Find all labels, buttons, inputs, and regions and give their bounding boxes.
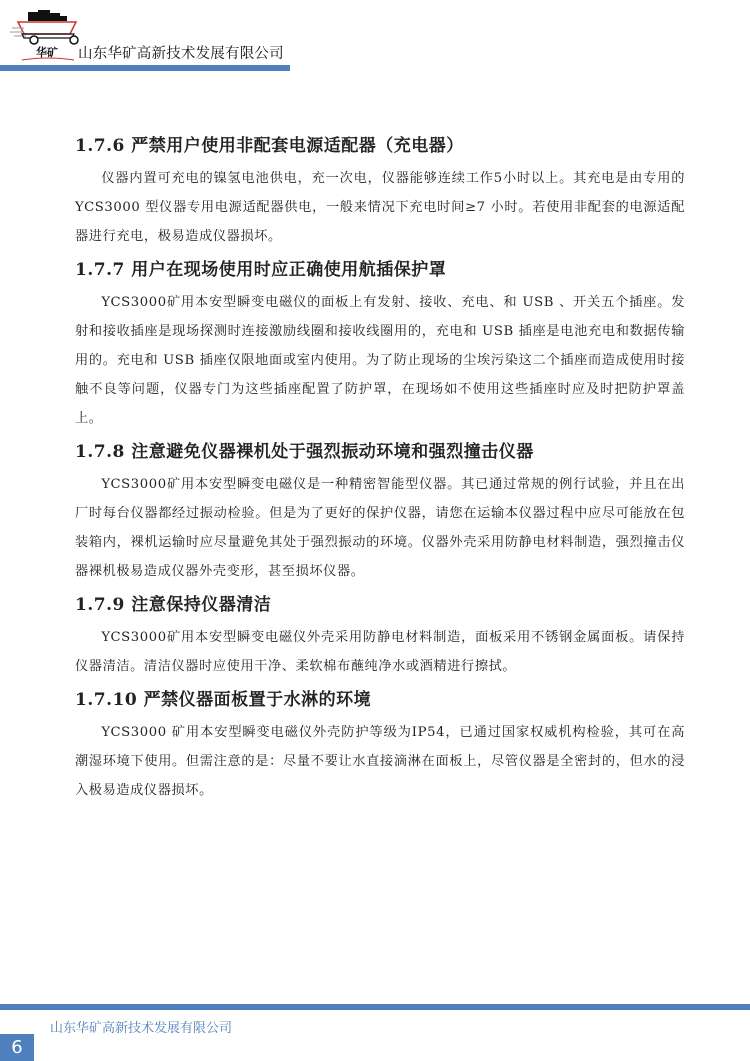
section-title: 1.7.8 注意避免仪器裸机处于强烈振动环境和强烈撞击仪器 (75, 437, 685, 470)
document-body: 1.7.6 严禁用户使用非配套电源适配器（充电器） 仪器内置可充电的镍氢电池供电… (75, 131, 685, 809)
section-paragraph: YCS3000 矿用本安型瞬变电磁仪外壳防护等级为IP54，已通过国家权威机构检… (75, 718, 685, 805)
header-accent-bar (0, 65, 290, 71)
header-company-name: 山东华矿高新技术发展有限公司 (78, 42, 284, 63)
section-paragraph: YCS3000矿用本安型瞬变电磁仪外壳采用防静电材料制造，面板采用不锈钢金属面板… (75, 623, 685, 681)
section-paragraph: YCS3000矿用本安型瞬变电磁仪是一种精密智能型仪器。其已通过常规的例行试验，… (75, 470, 685, 586)
section-paragraph: YCS3000矿用本安型瞬变电磁仪的面板上有发射、接收、充电、和 USB 、开关… (75, 288, 685, 433)
section-1-7-7: 1.7.7 用户在现场使用时应正确使用航插保护罩 YCS3000矿用本安型瞬变电… (75, 255, 685, 433)
page-number: 6 (0, 1034, 34, 1061)
section-1-7-10: 1.7.10 严禁仪器面板置于水淋的环境 YCS3000 矿用本安型瞬变电磁仪外… (75, 685, 685, 805)
section-title: 1.7.7 用户在现场使用时应正确使用航插保护罩 (75, 255, 685, 288)
footer-accent-bar (0, 1004, 750, 1010)
section-title: 1.7.10 严禁仪器面板置于水淋的环境 (75, 685, 685, 718)
footer-company-name: 山东华矿高新技术发展有限公司 (50, 1017, 232, 1036)
section-1-7-9: 1.7.9 注意保持仪器清洁 YCS3000矿用本安型瞬变电磁仪外壳采用防静电材… (75, 590, 685, 681)
section-paragraph: 仪器内置可充电的镍氢电池供电，充一次电，仪器能够连续工作5小时以上。其充电是由专… (75, 164, 685, 251)
section-1-7-8: 1.7.8 注意避免仪器裸机处于强烈振动环境和强烈撞击仪器 YCS3000矿用本… (75, 437, 685, 586)
section-1-7-6: 1.7.6 严禁用户使用非配套电源适配器（充电器） 仪器内置可充电的镍氢电池供电… (75, 131, 685, 251)
section-title: 1.7.9 注意保持仪器清洁 (75, 590, 685, 623)
section-title: 1.7.6 严禁用户使用非配套电源适配器（充电器） (75, 131, 685, 164)
company-logo-icon: 华矿 (8, 4, 80, 62)
page-header: 华矿 山东华矿高新技术发展有限公司 (0, 0, 750, 75)
svg-text:华矿: 华矿 (36, 45, 58, 59)
